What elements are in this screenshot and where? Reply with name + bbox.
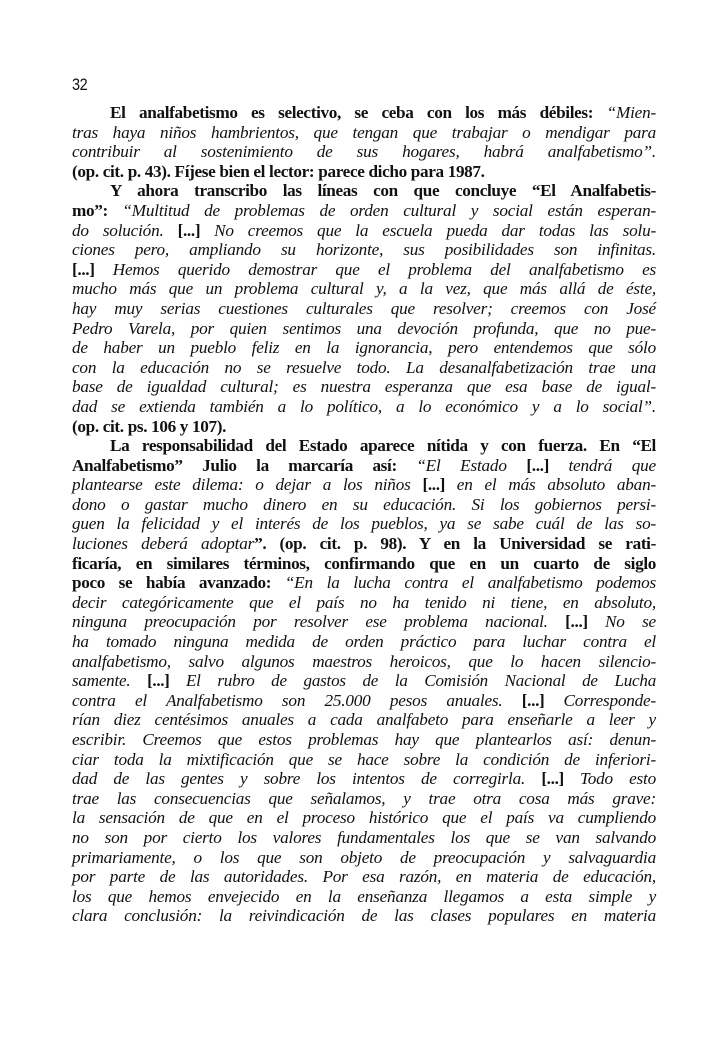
italic-quote-text: dono o gastar mucho dinero en su educaci… (72, 495, 656, 514)
text-line: tras haya niños hambrientos, que tengan … (72, 123, 656, 143)
italic-quote-text: tras haya niños hambrientos, que tengan … (72, 123, 656, 142)
italic-quote-text: El rubro de gastos de la Comisión Nacion… (186, 671, 656, 690)
text-line: rían diez centésimos anuales a cada anal… (72, 710, 656, 730)
roman-text: [...] (522, 691, 564, 710)
text-line: (op. cit. ps. 106 y 107). (72, 417, 656, 437)
roman-text: Analfabetismo” Julio la marcaría así: (72, 456, 416, 475)
text-line: El analfabetismo es selectivo, se ceba c… (72, 103, 656, 123)
text-line: mo”: “Multitud de problemas de orden cul… (72, 201, 656, 221)
roman-text: mo”: (72, 201, 122, 220)
text-line: contribuir al sostenimiento de sus hogar… (72, 142, 656, 162)
text-line: mucho más que un problema cultural y, a … (72, 279, 656, 299)
text-line: poco se había avanzado: “En la lucha con… (72, 573, 656, 593)
roman-text: poco se había avanzado: (72, 573, 285, 592)
page-number: 32 (72, 75, 87, 95)
italic-quote-text: analfabetismo, salvo algunos maestros he… (72, 652, 656, 671)
text-line: guen la felicidad y el interés de los pu… (72, 514, 656, 534)
italic-quote-text: Corresponde- (564, 691, 656, 710)
text-line: Y ahora transcribo las líneas con que co… (72, 181, 656, 201)
roman-text: (op. cit. ps. 106 y 107). (72, 417, 226, 436)
italic-quote-text: Todo esto (580, 769, 656, 788)
text-line: samente. [...] El rubro de gastos de la … (72, 671, 656, 691)
text-line: la sensación de que en el proceso histór… (72, 808, 656, 828)
text-line: do solución. [...] No creemos que la esc… (72, 221, 656, 241)
italic-quote-text: hay muy serias cuestiones culturales que… (72, 299, 656, 318)
roman-text: ficaría, en similares términos, confirma… (72, 554, 656, 573)
italic-quote-text: rían diez centésimos anuales a cada anal… (72, 710, 656, 729)
italic-quote-text: “En la lucha contra el analfabetismo pod… (285, 573, 656, 592)
italic-quote-text: primariamente, o los que son objeto de p… (72, 848, 656, 867)
text-line: contra el Analfabetismo son 25.000 pesos… (72, 691, 656, 711)
text-line: ficaría, en similares términos, confirma… (72, 554, 656, 574)
text-line: primariamente, o los que son objeto de p… (72, 848, 656, 868)
roman-text: [...] (526, 456, 568, 475)
italic-quote-text: escribir. Creemos que estos problemas ha… (72, 730, 656, 749)
italic-quote-text: plantearse este dilema: o dejar a los ni… (72, 475, 422, 494)
italic-quote-text: Hemos querido demostrar que el problema … (113, 260, 656, 279)
italic-quote-text: de haber un pueblo feliz en la ignoranci… (72, 338, 656, 357)
italic-quote-text: trae las consecuencias que señalamos, y … (72, 789, 656, 808)
text-line: Pedro Varela, por quien sentimos una dev… (72, 319, 656, 339)
italic-quote-text: ciar toda la mixtificación que se hace s… (72, 750, 656, 769)
text-line: Analfabetismo” Julio la marcaría así: “E… (72, 456, 656, 476)
text-line: dad de las gentes y sobre los intentos d… (72, 769, 656, 789)
italic-quote-text: do solución. (72, 221, 178, 240)
italic-quote-text: “Multitud de problemas de orden cultural… (122, 201, 656, 220)
text-line: dono o gastar mucho dinero en su educaci… (72, 495, 656, 515)
roman-text: Y ahora transcribo las líneas con que co… (110, 181, 656, 200)
text-line: trae las consecuencias que señalamos, y … (72, 789, 656, 809)
italic-quote-text: decir categóricamente que el país no ha … (72, 593, 656, 612)
roman-text: [...] (178, 221, 214, 240)
italic-quote-text: contra el Analfabetismo son 25.000 pesos… (72, 691, 522, 710)
text-line: ciar toda la mixtificación que se hace s… (72, 750, 656, 770)
text-line: con la educación no se resuelve todo. La… (72, 358, 656, 378)
text-line: base de igualdad cultural; es nuestra es… (72, 377, 656, 397)
text-line: decir categóricamente que el país no ha … (72, 593, 656, 613)
text-line: por parte de las autoridades. Por esa ra… (72, 867, 656, 887)
italic-quote-text: “Mien- (607, 103, 656, 122)
text-line: no son por cierto los valores fundamenta… (72, 828, 656, 848)
italic-quote-text: No se (605, 612, 656, 631)
italic-quote-text: ciones pero, ampliando su horizonte, sus… (72, 240, 656, 259)
text-line: ha tomado ninguna medida de orden prácti… (72, 632, 656, 652)
italic-quote-text: luciones deberá adoptar (72, 534, 254, 553)
italic-quote-text: samente. (72, 671, 147, 690)
text-line: [...] Hemos querido demostrar que el pro… (72, 260, 656, 280)
roman-text: [...] (422, 475, 456, 494)
italic-quote-text: “El Estado (416, 456, 526, 475)
italic-quote-text: guen la felicidad y el interés de los pu… (72, 514, 656, 533)
italic-quote-text: no son por cierto los valores fundamenta… (72, 828, 656, 847)
roman-text: [...] (147, 671, 186, 690)
text-line: escribir. Creemos que estos problemas ha… (72, 730, 656, 750)
text-line: hay muy serias cuestiones culturales que… (72, 299, 656, 319)
italic-quote-text: los que hemos envejecido en la enseñanza… (72, 887, 656, 906)
italic-quote-text: clara conclusión: la reivindicación de l… (72, 906, 656, 925)
italic-quote-text: Pedro Varela, por quien sentimos una dev… (72, 319, 656, 338)
italic-quote-text: ninguna preocupación por resolver ese pr… (72, 612, 565, 631)
text-line: los que hemos envejecido en la enseñanza… (72, 887, 656, 907)
italic-quote-text: por parte de las autoridades. Por esa ra… (72, 867, 656, 886)
text-line: luciones deberá adoptar”. (op. cit. p. 9… (72, 534, 656, 554)
italic-quote-text: dad se extienda también a lo político, a… (72, 397, 656, 416)
italic-quote-text: contribuir al sostenimiento de sus hogar… (72, 142, 656, 161)
text-line: dad se extienda también a lo político, a… (72, 397, 656, 417)
italic-quote-text: base de igualdad cultural; es nuestra es… (72, 377, 656, 396)
italic-quote-text: en el más absoluto aban- (457, 475, 656, 494)
roman-text: ”. (op. cit. p. 98). Y en la Universidad… (254, 534, 656, 553)
italic-quote-text: dad de las gentes y sobre los intentos d… (72, 769, 541, 788)
roman-text: El analfabetismo es selectivo, se ceba c… (110, 103, 607, 122)
text-line: ciones pero, ampliando su horizonte, sus… (72, 240, 656, 260)
roman-text: (op. cit. p. 43). Fíjese bien el lector:… (72, 162, 485, 181)
roman-text: La responsabilidad del Estado aparece ní… (110, 436, 656, 455)
roman-text: [...] (541, 769, 580, 788)
text-line: analfabetismo, salvo algunos maestros he… (72, 652, 656, 672)
text-line: de haber un pueblo feliz en la ignoranci… (72, 338, 656, 358)
text-line: clara conclusión: la reivindicación de l… (72, 906, 656, 926)
italic-quote-text: No creemos que la escuela pueda dar toda… (214, 221, 656, 240)
roman-text: [...] (565, 612, 605, 631)
text-line: La responsabilidad del Estado aparece ní… (72, 436, 656, 456)
body-text: El analfabetismo es selectivo, se ceba c… (72, 103, 656, 926)
italic-quote-text: la sensación de que en el proceso histór… (72, 808, 656, 827)
roman-text: [...] (72, 260, 113, 279)
italic-quote-text: mucho más que un problema cultural y, a … (72, 279, 656, 298)
italic-quote-text: ha tomado ninguna medida de orden prácti… (72, 632, 656, 651)
text-line: plantearse este dilema: o dejar a los ni… (72, 475, 656, 495)
text-line: ninguna preocupación por resolver ese pr… (72, 612, 656, 632)
italic-quote-text: con la educación no se resuelve todo. La… (72, 358, 656, 377)
text-line: (op. cit. p. 43). Fíjese bien el lector:… (72, 162, 656, 182)
italic-quote-text: tendrá que (568, 456, 656, 475)
